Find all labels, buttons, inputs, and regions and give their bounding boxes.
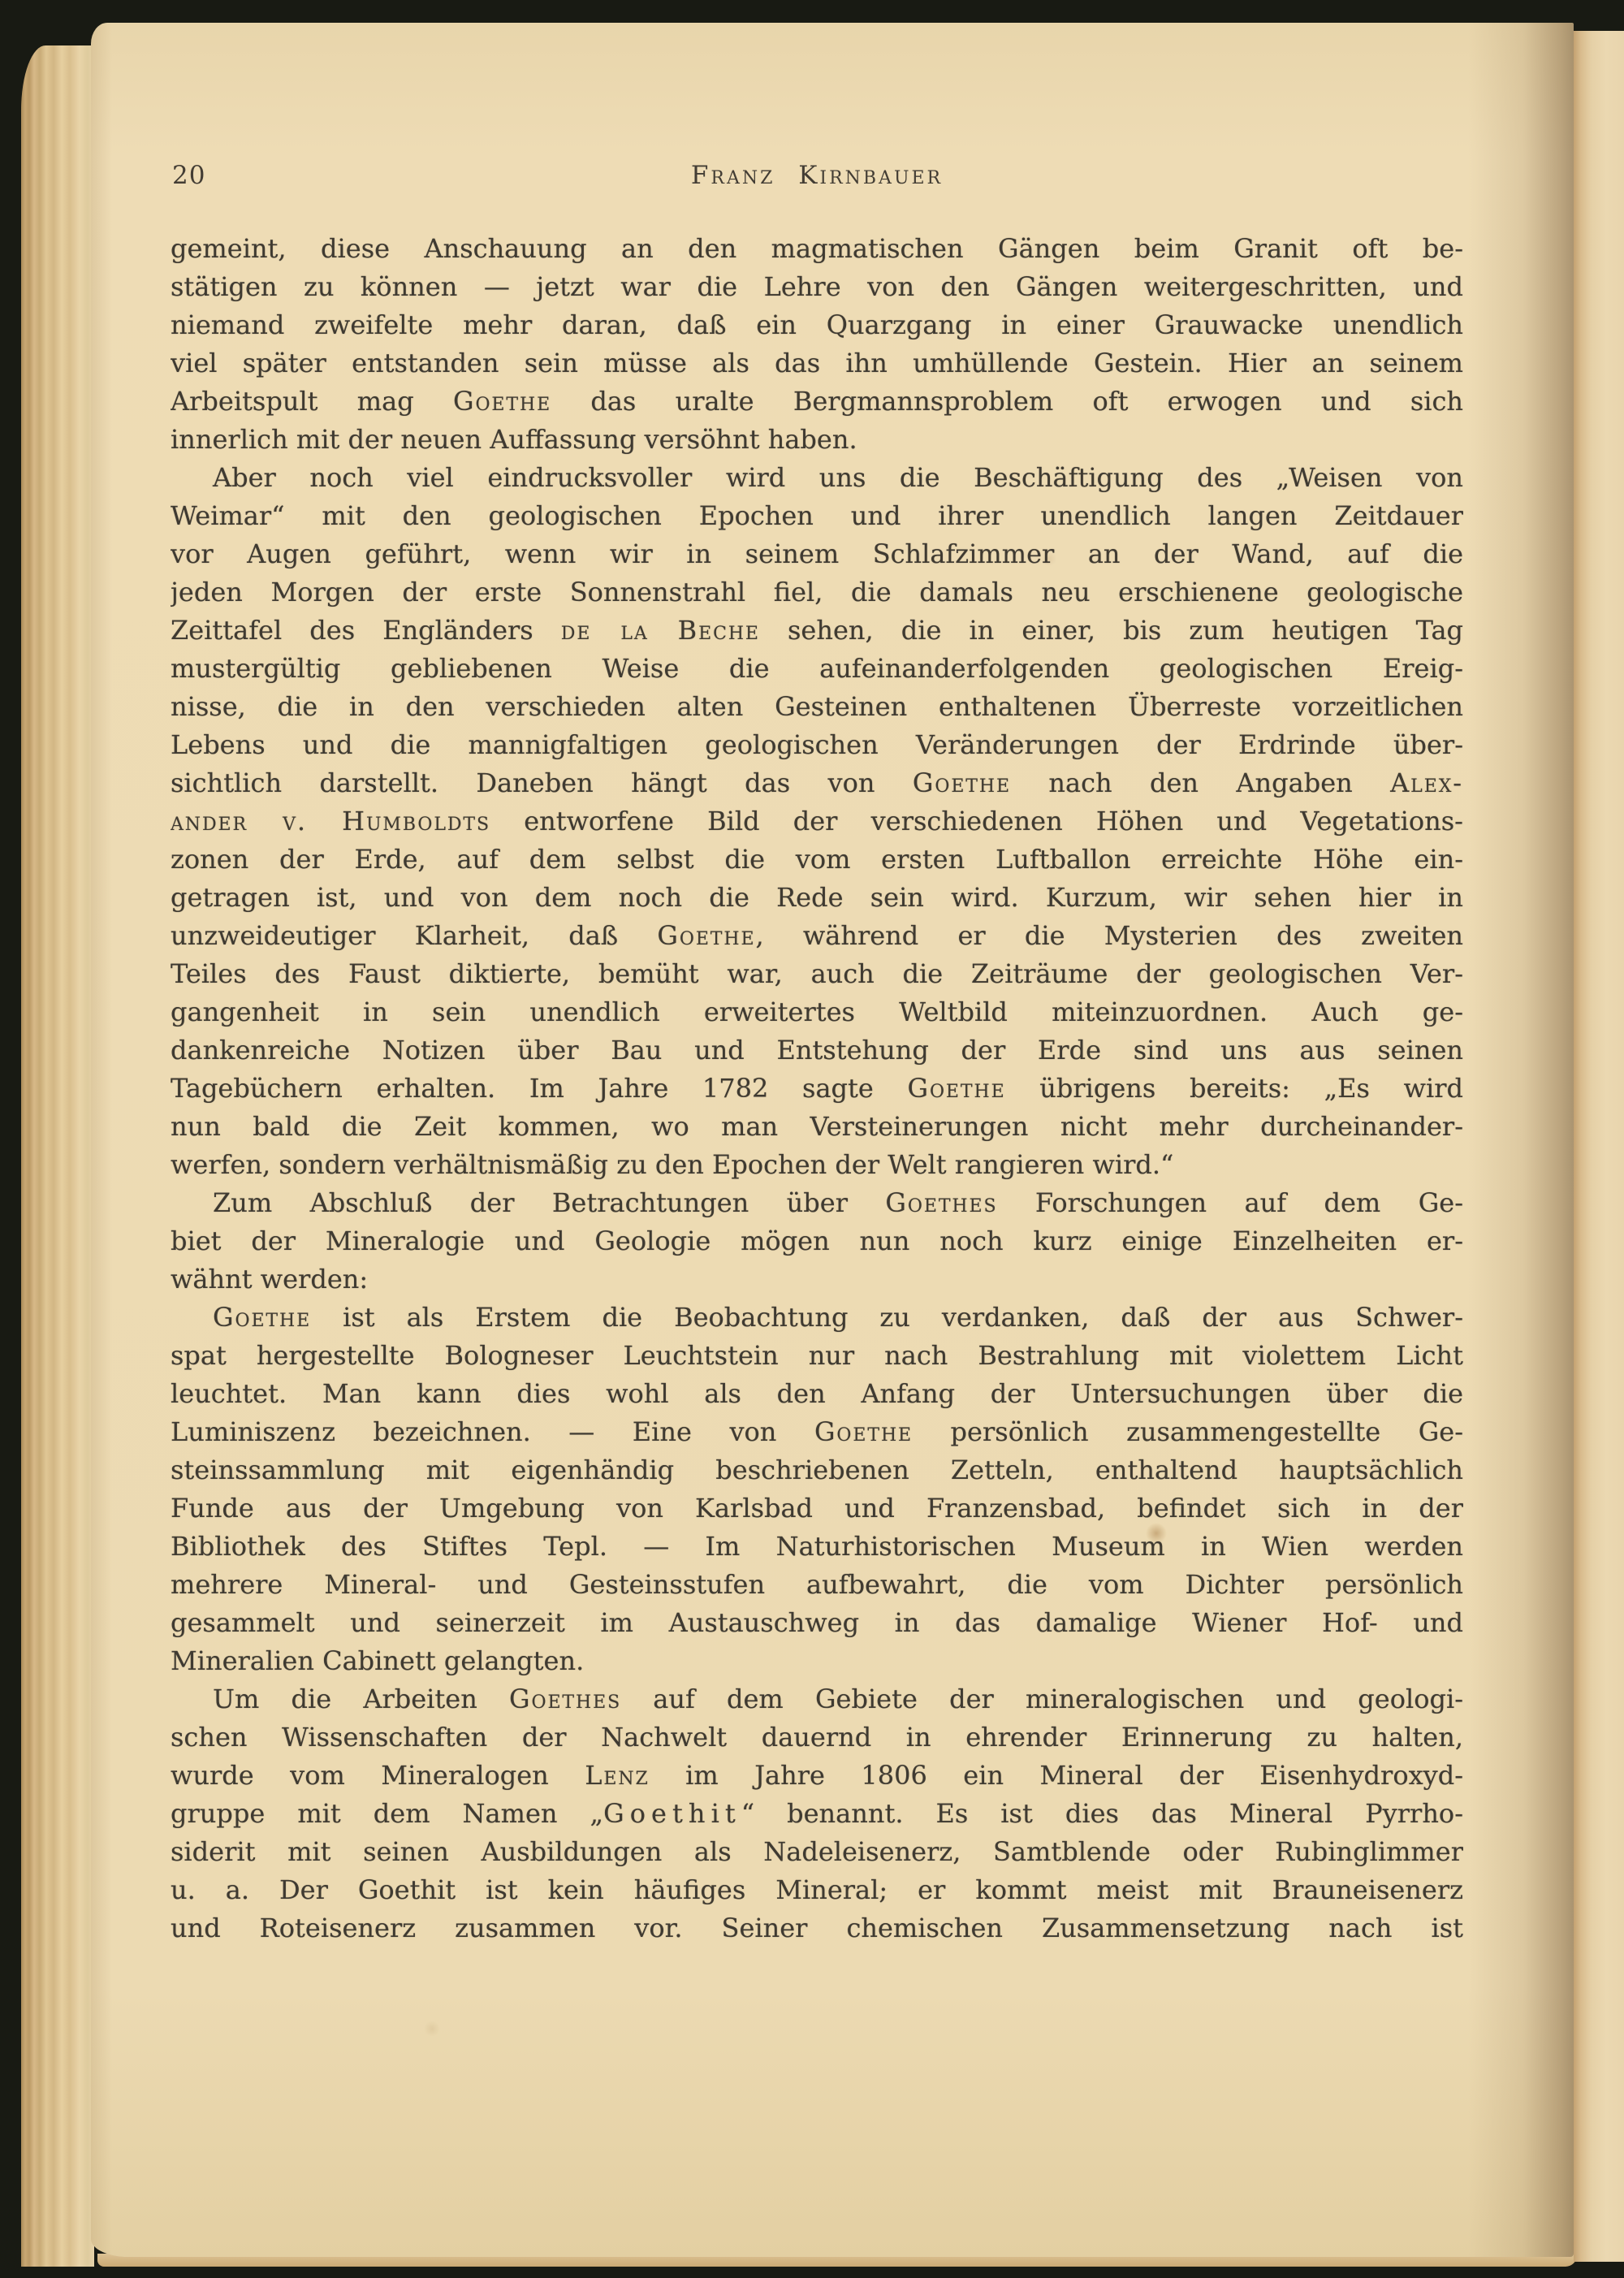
text-line: gemeint, diese Anschauung an den magmati…	[171, 230, 1463, 268]
text-line: gruppe mit dem Namen „Goethit“ benannt. …	[171, 1795, 1463, 1833]
text-line: Aber noch viel eindrucksvoller wird uns …	[171, 459, 1463, 497]
paragraph: Um die Arbeiten Goethes auf dem Gebiete …	[171, 1680, 1463, 1947]
paragraph: gemeint, diese Anschauung an den magmati…	[171, 230, 1463, 459]
text-line: siderit mit seinen Ausbildungen als Nade…	[171, 1833, 1463, 1871]
text-line: stätigen zu können — jetzt war die Lehre…	[171, 268, 1463, 306]
text-line: und Roteisenerz zusammen vor. Seiner che…	[171, 1909, 1463, 1947]
text-line: Zum Abschluß der Betrachtungen über Goet…	[171, 1184, 1463, 1222]
text-line: wurde vom Mineralogen Lenz im Jahre 1806…	[171, 1757, 1463, 1795]
text-line: jeden Morgen der erste Sonnenstrahl fiel…	[171, 573, 1463, 612]
scanned-book-page: 20 Franz Kirnbauer gemeint, diese Anscha…	[0, 0, 1624, 2278]
paragraph: Aber noch viel eindrucksvoller wird uns …	[171, 459, 1463, 1184]
text-line: Lebens und die mannigfaltigen geologisch…	[171, 726, 1463, 764]
text-line: Tagebüchern erhalten. Im Jahre 1782 sagt…	[171, 1070, 1463, 1108]
text-line: Bibliothek des Stiftes Tepl. — Im Naturh…	[171, 1528, 1463, 1566]
text-line: dankenreiche Notizen über Bau und Entste…	[171, 1031, 1463, 1070]
text-line: niemand zweifelte mehr daran, daß ein Qu…	[171, 306, 1463, 344]
text-line: viel später entstanden sein müsse als da…	[171, 344, 1463, 383]
text-line: ander v. Humboldts entworfene Bild der v…	[171, 802, 1463, 841]
page-header: 20 Franz Kirnbauer	[171, 161, 1463, 195]
text-line: Goethe ist als Erstem die Beobachtung zu…	[171, 1299, 1463, 1337]
running-header: Franz Kirnbauer	[171, 161, 1463, 190]
text-line: Zeittafel des Engländers de la Beche seh…	[171, 612, 1463, 650]
text-line: leuchtet. Man kann dies wohl als den Anf…	[171, 1375, 1463, 1413]
text-line: mehrere Mineral- und Gesteinsstufen aufb…	[171, 1566, 1463, 1604]
text-line: biet der Mineralogie und Geologie mögen …	[171, 1222, 1463, 1260]
text-line: Funde aus der Umgebung von Karlsbad und …	[171, 1489, 1463, 1528]
text-line: getragen ist, und von dem noch die Rede …	[171, 879, 1463, 917]
text-line: werfen, sondern verhältnismäßig zu den E…	[171, 1146, 1463, 1184]
text-line: schen Wissenschaften der Nachwelt dauern…	[171, 1718, 1463, 1757]
text-line: Um die Arbeiten Goethes auf dem Gebiete …	[171, 1680, 1463, 1718]
text-line: nun bald die Zeit kommen, wo man Verstei…	[171, 1108, 1463, 1146]
paragraph: Zum Abschluß der Betrachtungen über Goet…	[171, 1184, 1463, 1299]
book-fore-edge-pages	[21, 45, 94, 2267]
text-line: Mineralien Cabinett gelangten.	[171, 1642, 1463, 1680]
text-line: mustergültig gebliebenen Weise die aufei…	[171, 650, 1463, 688]
text-line: sichtlich darstellt. Daneben hängt das v…	[171, 764, 1463, 802]
text-line: nisse, die in den verschieden alten Gest…	[171, 688, 1463, 726]
text-line: innerlich mit der neuen Auffassung versö…	[171, 421, 1463, 459]
facing-page-edge	[1574, 31, 1624, 2262]
text-line: u. a. Der Goethit ist kein häufiges Mine…	[171, 1871, 1463, 1909]
text-line: Luminiszenz bezeichnen. — Eine von Goeth…	[171, 1413, 1463, 1451]
text-line: Teiles des Faust diktierte, bemüht war, …	[171, 955, 1463, 993]
text-line: Weimar“ mit den geologischen Epochen und…	[171, 497, 1463, 535]
text-line: steinssammlung mit eigenhändig beschrieb…	[171, 1451, 1463, 1489]
text-line: Arbeitspult mag Goethe das uralte Bergma…	[171, 383, 1463, 421]
text-line: zonen der Erde, auf dem selbst die vom e…	[171, 841, 1463, 879]
text-line: vor Augen geführt, wenn wir in seinem Sc…	[171, 535, 1463, 573]
text-line: wähnt werden:	[171, 1260, 1463, 1299]
text-line: gangenheit in sein unendlich erweitertes…	[171, 993, 1463, 1031]
text-line: gesammelt und seinerzeit im Austauschweg…	[171, 1604, 1463, 1642]
text-line: spat hergestellte Bologneser Leuchtstein…	[171, 1337, 1463, 1375]
paragraph: Goethe ist als Erstem die Beobachtung zu…	[171, 1299, 1463, 1680]
text-line: unzweideutiger Klarheit, daß Goethe, wäh…	[171, 917, 1463, 955]
text-block: gemeint, diese Anschauung an den magmati…	[171, 230, 1463, 1947]
